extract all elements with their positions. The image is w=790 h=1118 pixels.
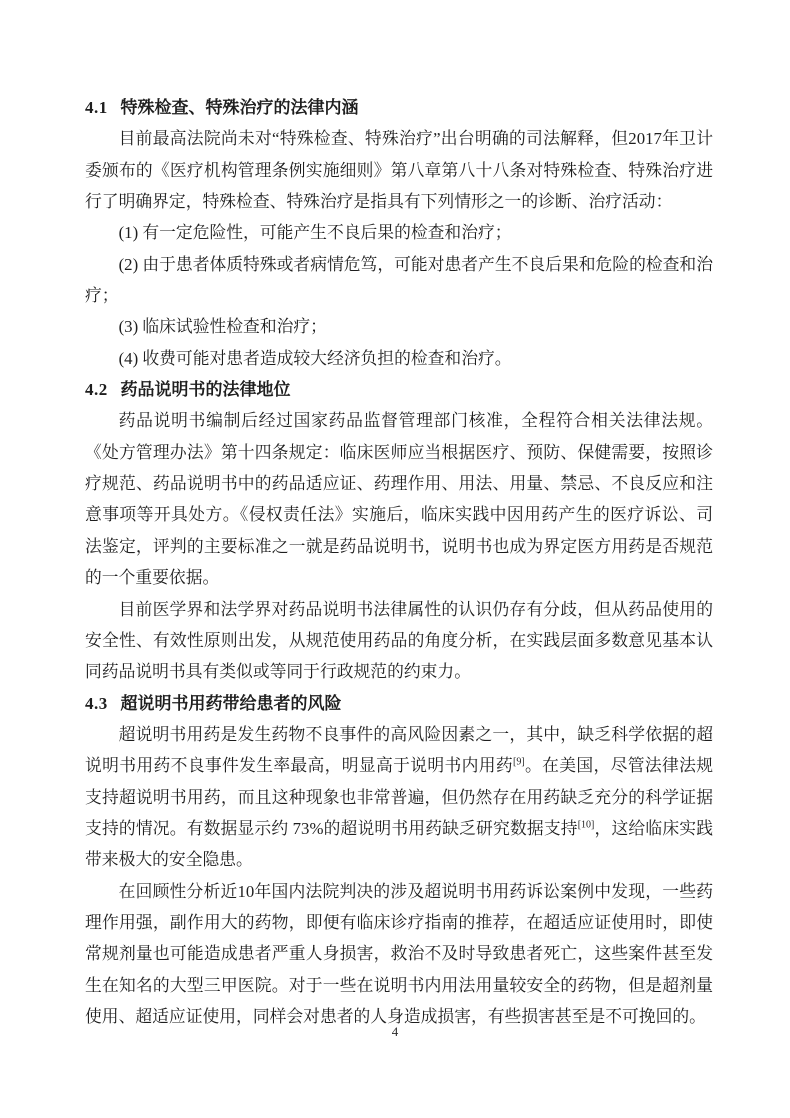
paragraph-with-citations: 超说明书用药是发生药物不良事件的高风险因素之一，其中，缺乏科学依据的超说明书用药… (85, 719, 713, 876)
section-number: 4.2 (85, 380, 108, 399)
section-number: 4.3 (85, 694, 108, 713)
list-item-1: (1) 有一定危险性，可能产生不良后果的检查和治疗； (85, 217, 713, 248)
list-item-2: (2) 由于患者体质特殊或者病情危笃，可能对患者产生不良后果和危险的检查和治疗； (85, 249, 713, 312)
section-heading-4-2: 4.2药品说明书的法律地位 (85, 374, 713, 405)
document-page: 4.1特殊检查、特殊治疗的法律内涵 目前最高法院尚未对“特殊检查、特殊治疗”出台… (0, 0, 790, 1118)
paragraph: 药品说明书编制后经过国家药品监督管理部门核准，全程符合相关法律法规。《处方管理办… (85, 405, 713, 593)
page-content: 4.1特殊检查、特殊治疗的法律内涵 目前最高法院尚未对“特殊检查、特殊治疗”出台… (85, 92, 713, 1032)
section-title: 药品说明书的法律地位 (121, 380, 291, 399)
section-heading-4-1: 4.1特殊检查、特殊治疗的法律内涵 (85, 92, 713, 123)
paragraph: 目前医学界和法学界对药品说明书法律属性的认识仍存有分歧，但从药品使用的安全性、有… (85, 594, 713, 688)
list-item-3: (3) 临床试验性检查和治疗； (85, 311, 713, 342)
page-number: 4 (0, 1024, 790, 1040)
section-number: 4.1 (85, 98, 108, 117)
list-item-4: (4) 收费可能对患者造成较大经济负担的检查和治疗。 (85, 343, 713, 374)
section-title: 特殊检查、特殊治疗的法律内涵 (121, 98, 359, 117)
section-heading-4-3: 4.3超说明书用药带给患者的风险 (85, 688, 713, 719)
citation-ref-10: [10] (578, 819, 595, 830)
citation-ref-9: [9] (513, 757, 525, 768)
paragraph: 目前最高法院尚未对“特殊检查、特殊治疗”出台明确的司法解释，但2017年卫计委颁… (85, 123, 713, 217)
section-title: 超说明书用药带给患者的风险 (121, 694, 342, 713)
paragraph: 在回顾性分析近10年国内法院判决的涉及超说明书用药诉讼案例中发现，一些药理作用强… (85, 876, 713, 1033)
